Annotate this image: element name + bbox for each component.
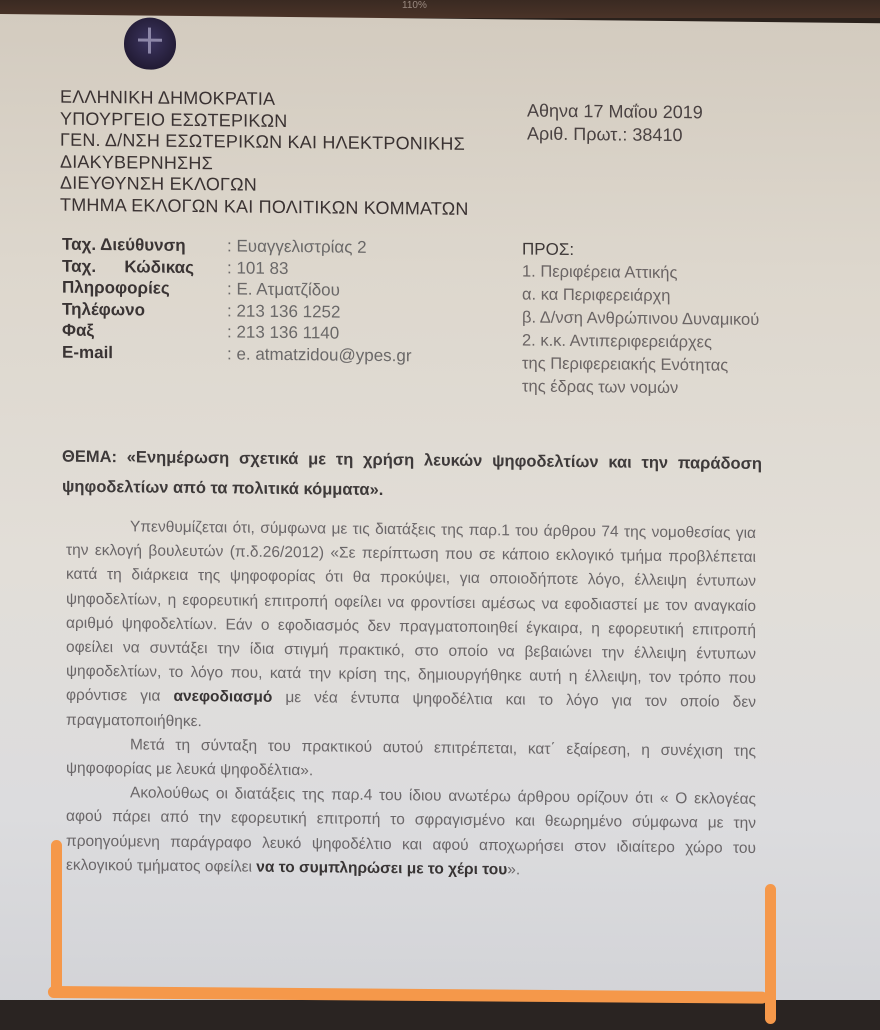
document-body: Υπενθυμίζεται ότι, σύμφωνα με τις διατάξ… — [66, 515, 756, 885]
contact-label: Ταχ. Κώδικας — [62, 255, 227, 278]
recipients-title: ΠΡΟΣ: — [522, 237, 759, 262]
document-page: ΕΛΛΗΝΙΚΗ ΔΗΜΟΚΡΑΤΙΑ ΥΠΟΥΡΓΕΙΟ ΕΣΩΤΕΡΙΚΩΝ… — [0, 14, 880, 1018]
contact-value: : 213 136 1140 — [227, 321, 339, 344]
recipient-line: της έδρας των νομών — [522, 375, 759, 400]
date-protocol: Αθηνα 17 Μαΐου 2019 Αριθ. Πρωτ.: 38410 — [527, 100, 703, 148]
email-link[interactable]: : e. atmatzidou@ypes.gr — [227, 343, 412, 366]
issuing-authority: ΕΛΛΗΝΙΚΗ ΔΗΜΟΚΡΑΤΙΑ ΥΠΟΥΡΓΕΙΟ ΕΣΩΤΕΡΙΚΩΝ… — [60, 87, 469, 220]
recipient-line: β. Δ/νση Ανθρώπινου Δυναμικού — [522, 306, 759, 331]
highlight-stroke-left — [51, 840, 62, 996]
contact-label: Φαξ — [62, 320, 227, 343]
recipient-line: της Περιφερειακής Ενότητας — [522, 352, 759, 377]
contact-value: : Ευαγγελιστρίας 2 — [227, 235, 367, 258]
contact-row: E-mail: e. atmatzidou@ypes.gr — [62, 341, 412, 366]
recipients: ΠΡΟΣ: 1. Περιφέρεια Αττικής α. κα Περιφε… — [522, 237, 759, 400]
protocol-number: Αριθ. Πρωτ.: 38410 — [527, 123, 703, 148]
recipient-line: 2. κ.κ. Αντιπεριφερειάρχες — [522, 329, 759, 354]
date-line: Αθηνα 17 Μαΐου 2019 — [527, 100, 703, 125]
greek-emblem-icon — [124, 17, 176, 70]
contact-label: Πληροφορίες — [62, 277, 227, 300]
zoom-readout: 110% — [402, 0, 427, 11]
contact-value: : 101 83 — [227, 257, 288, 279]
paragraph: Υπενθυμίζεται ότι, σύμφωνα με τις διατάξ… — [66, 515, 756, 740]
highlight-stroke-right — [765, 884, 776, 1024]
paragraph-text: Υπενθυμίζεται ότι, σύμφωνα με τις διατάξ… — [66, 518, 756, 705]
bold-text: να το συμπληρώσει με το χέρι του — [256, 859, 507, 879]
screen-bezel — [0, 1000, 880, 1030]
paragraph: Μετά τη σύνταξη του πρακτικού αυτού επιτ… — [66, 733, 756, 789]
contact-label: Ταχ. Διεύθυνση — [62, 234, 227, 257]
bold-text: ανεφοδιασμό — [173, 688, 272, 706]
contact-label: Τηλέφωνο — [62, 298, 227, 321]
subject-line: ΘΕΜΑ: «Ενημέρωση σχετικά με τη χρήση λευ… — [62, 442, 762, 509]
recipient-line: 1. Περιφέρεια Αττικής — [522, 260, 759, 285]
recipient-line: α. κα Περιφερειάρχη — [522, 283, 759, 308]
contact-value: : 213 136 1252 — [227, 300, 340, 323]
org-line: ΤΜΗΜΑ ΕΚΛΟΓΩΝ ΚΑΙ ΠΟΛΙΤΙΚΩΝ ΚΟΜΜΑΤΩΝ — [60, 194, 469, 220]
contact-value: : Ε. Ατματζίδου — [227, 278, 340, 301]
paragraph-highlighted: Ακολούθως οι διατάξεις της παρ.4 του ίδι… — [66, 781, 756, 885]
paragraph-text: ». — [507, 861, 520, 878]
contact-label: E-mail — [62, 341, 227, 364]
contact-details: Ταχ. Διεύθυνση: Ευαγγελιστρίας 2 Ταχ. Κώ… — [62, 234, 412, 367]
